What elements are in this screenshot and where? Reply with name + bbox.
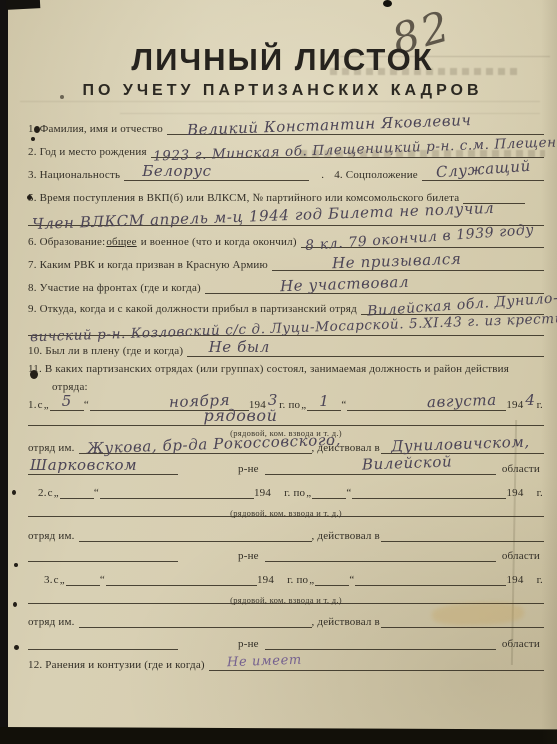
field-rvk-row: 7. Каким РВК и когда призван в Красную А… bbox=[28, 257, 544, 271]
field-social-label: 4. Соцположение bbox=[334, 169, 422, 181]
field-arrival-row-2: вичский р-н. Козловский с/с д. Луци-Моса… bbox=[28, 322, 544, 336]
field-birth-label: 2. Год и место рождения bbox=[28, 146, 151, 158]
blank-line bbox=[265, 636, 496, 650]
ink-speck bbox=[27, 195, 32, 200]
rayon-label: р-не bbox=[178, 550, 265, 562]
service-entry-2-otryad-row: отряд им. , действовал в bbox=[28, 528, 544, 542]
scan-edge-dot bbox=[383, 0, 392, 7]
scanned-form-sheet: 82 ЛИЧНЫЙ ЛИСТОК ПО УЧЕТУ ПАРТИЗАНСКИХ К… bbox=[0, 0, 557, 744]
field-front-value: Не участвовал bbox=[279, 275, 409, 294]
field-arrival-label: 9. Откуда, когда и с какой должности при… bbox=[28, 303, 361, 315]
field-nationality-label: 3. Национальность bbox=[28, 169, 124, 181]
field-wounds-value: Не имеет bbox=[227, 654, 302, 670]
entry-number: 1. bbox=[28, 399, 38, 411]
blank-line: рядовой bbox=[28, 412, 544, 426]
blank-line: Белорус bbox=[124, 167, 309, 181]
service-entry-1-dates: 1. с „ 5 “ ноября 194 3 г. по „ 1 “ авгу… bbox=[28, 396, 544, 411]
blank-line: 5 bbox=[50, 397, 84, 411]
oblast-label: области bbox=[496, 463, 544, 475]
field-captivity-label: 10. Был ли в плену (где и когда) bbox=[28, 345, 187, 357]
blank-line: Не был bbox=[187, 343, 544, 357]
ink-speck bbox=[60, 95, 64, 99]
blank-line: августа bbox=[347, 397, 506, 411]
bleedthrough-line bbox=[120, 112, 540, 114]
field-wounds-label: 12. Ранения и контузии (где и когда) bbox=[28, 659, 209, 671]
deystvoval-label: , действовал в bbox=[312, 616, 381, 628]
field-education-label: 6. Образование: bbox=[28, 236, 106, 248]
entry-number: 2. bbox=[38, 487, 48, 499]
blank-line bbox=[355, 572, 506, 586]
area-value: Дуниловичском, bbox=[391, 435, 530, 455]
printed-194: 194 bbox=[506, 399, 524, 411]
printed-194: 194 bbox=[257, 574, 275, 586]
otryad-label: отряд им. bbox=[28, 616, 79, 628]
field-surname-row: 1. Фамилия, имя и отчество Великий Конст… bbox=[28, 121, 544, 135]
ink-speck bbox=[14, 645, 19, 650]
field-front-row: 8. Участие на фронтах (где и когда) Не у… bbox=[28, 280, 544, 294]
rayon-label: р-не bbox=[178, 638, 265, 650]
service-entry-1-district-row: Шарковском р-не Вилейской области bbox=[28, 461, 544, 475]
field-nationality-value: Белорус bbox=[142, 164, 211, 179]
blank-line: вичский р-н. Козловский с/с д. Луци-Моса… bbox=[28, 322, 544, 336]
field-units-header: 11. В каких партизанских отрядах (или гр… bbox=[28, 363, 544, 375]
month-to: августа bbox=[427, 393, 497, 410]
field-education-label-underlined: общее bbox=[106, 236, 137, 248]
field-rvk-label: 7. Каким РВК и когда призван в Красную А… bbox=[28, 259, 272, 271]
blank-line: Вилейской bbox=[265, 461, 496, 475]
blank-line: 1 bbox=[307, 397, 341, 411]
blank-line bbox=[381, 528, 544, 542]
blank-line: 1923 г. Минская об. Плещеницкий р-н. с.м… bbox=[151, 144, 544, 158]
oblast-value: Вилейской bbox=[362, 454, 453, 472]
ink-speck bbox=[13, 602, 17, 607]
field-education-row: 6. Образование: общее и военное (что и к… bbox=[28, 234, 544, 248]
ink-speck bbox=[30, 370, 38, 379]
field-wounds-row: 12. Ранения и контузии (где и когда) Не … bbox=[28, 657, 544, 671]
blank-line bbox=[315, 572, 349, 586]
ink-speck bbox=[34, 126, 40, 133]
blank-line: Не участвовал bbox=[205, 280, 544, 294]
rayon-label: р-не bbox=[178, 463, 265, 475]
blank-line bbox=[60, 485, 94, 499]
bleedthrough-line bbox=[20, 100, 540, 102]
blank-line bbox=[106, 572, 257, 586]
blank-line bbox=[79, 614, 312, 628]
position-value: рядовой bbox=[203, 408, 277, 424]
blank-line bbox=[312, 485, 346, 499]
blank-line: Член ВЛКСМ апрель м-ц 1944 год Билета не… bbox=[28, 212, 544, 226]
blank-line: Великий Константин Яковлевич bbox=[167, 121, 544, 135]
service-entry-3-dates: 3. с „ “ 194 г. по „ “ 194 г. bbox=[44, 572, 544, 586]
blank-line: Жукова, бр-да Рокоссовского, bbox=[79, 440, 312, 454]
ink-speck bbox=[31, 137, 35, 141]
blank-line bbox=[100, 485, 254, 499]
blank-line: Шарковском bbox=[28, 461, 178, 475]
ink-speck bbox=[12, 490, 16, 495]
field-captivity-row: 10. Был ли в плену (где и когда) Не был bbox=[28, 343, 544, 357]
deystvoval-label: , действовал в bbox=[312, 530, 381, 542]
blank-line: Дуниловичском, bbox=[381, 440, 544, 454]
blank-line bbox=[66, 572, 100, 586]
blank-line bbox=[79, 528, 312, 542]
service-entry-2-dates: 2. с „ “ 194 г. по „ “ 194 г. bbox=[38, 485, 544, 499]
form-subtitle: ПО УЧЕТУ ПАРТИЗАНСКИХ КАДРОВ bbox=[8, 82, 557, 100]
printed-po: г. по bbox=[284, 487, 306, 499]
service-entry-3-district-row: р-не области bbox=[28, 636, 544, 650]
printed-po: г. по bbox=[279, 399, 301, 411]
otryad-label: отряд им. bbox=[28, 442, 79, 454]
printed-194: 194 bbox=[506, 574, 524, 586]
position-hint: (рядовой, ком. взвода и т. д.) bbox=[28, 508, 544, 518]
field-front-label: 8. Участие на фронтах (где и когда) bbox=[28, 282, 205, 294]
field-units-label: 11. В каких партизанских отрядах (или гр… bbox=[28, 363, 513, 375]
printed-po: г. по bbox=[287, 574, 309, 586]
district-value: Шарковском bbox=[30, 458, 137, 473]
otryad-label: отряд им. bbox=[28, 530, 79, 542]
field-rvk-value: Не призывался bbox=[332, 252, 462, 272]
blank-line bbox=[28, 636, 178, 650]
field-captivity-value: Не был bbox=[209, 340, 270, 355]
blank-line bbox=[28, 548, 178, 562]
field-birth-row: 2. Год и место рождения 1923 г. Минская … bbox=[28, 144, 544, 158]
field-arrival-row: 9. Откуда, когда и с какой должности при… bbox=[28, 301, 544, 315]
blank-line: 8 кл. 79 окончил в 1939 году bbox=[301, 234, 544, 248]
service-entry-2-district-row: р-не области bbox=[28, 548, 544, 562]
field-units-label-2: отряда: bbox=[52, 381, 92, 393]
field-nationality-row: 3. Национальность Белорус . 4. Соцположе… bbox=[28, 167, 544, 181]
field-party-value-row: Член ВЛКСМ апрель м-ц 1944 год Билета не… bbox=[28, 212, 544, 226]
blank-line bbox=[352, 485, 506, 499]
blank-line: Служащий bbox=[422, 167, 544, 181]
blank-line: Не имеет bbox=[209, 657, 544, 671]
printed-194: 194 bbox=[254, 487, 272, 499]
service-entry-1-position-row: рядовой bbox=[28, 412, 544, 426]
entry-number: 3. bbox=[44, 574, 54, 586]
scan-edge-bottom bbox=[0, 727, 557, 744]
oblast-label: области bbox=[496, 638, 544, 650]
year-to-digit: 4 bbox=[524, 393, 536, 408]
day-to: 1 bbox=[319, 394, 329, 409]
day-from: 5 bbox=[62, 394, 72, 409]
field-education-label-suffix: и военное (что и когда окончил) bbox=[138, 236, 301, 248]
oblast-label: области bbox=[496, 550, 544, 562]
blank-line: Не призывался bbox=[272, 257, 544, 271]
scan-edge-left bbox=[0, 0, 8, 744]
service-entry-1-otryad-row: отряд им. Жукова, бр-да Рокоссовского, ,… bbox=[28, 440, 544, 454]
ink-speck bbox=[14, 563, 18, 567]
scan-shadow-right bbox=[541, 0, 557, 744]
field-social-value: Служащий bbox=[435, 159, 531, 181]
blank-line bbox=[265, 548, 496, 562]
form-title: ЛИЧНЫЙ ЛИСТОК bbox=[8, 42, 557, 78]
dot-leader: . bbox=[309, 169, 334, 181]
field-surname-label: 1. Фамилия, имя и отчество bbox=[28, 123, 167, 135]
